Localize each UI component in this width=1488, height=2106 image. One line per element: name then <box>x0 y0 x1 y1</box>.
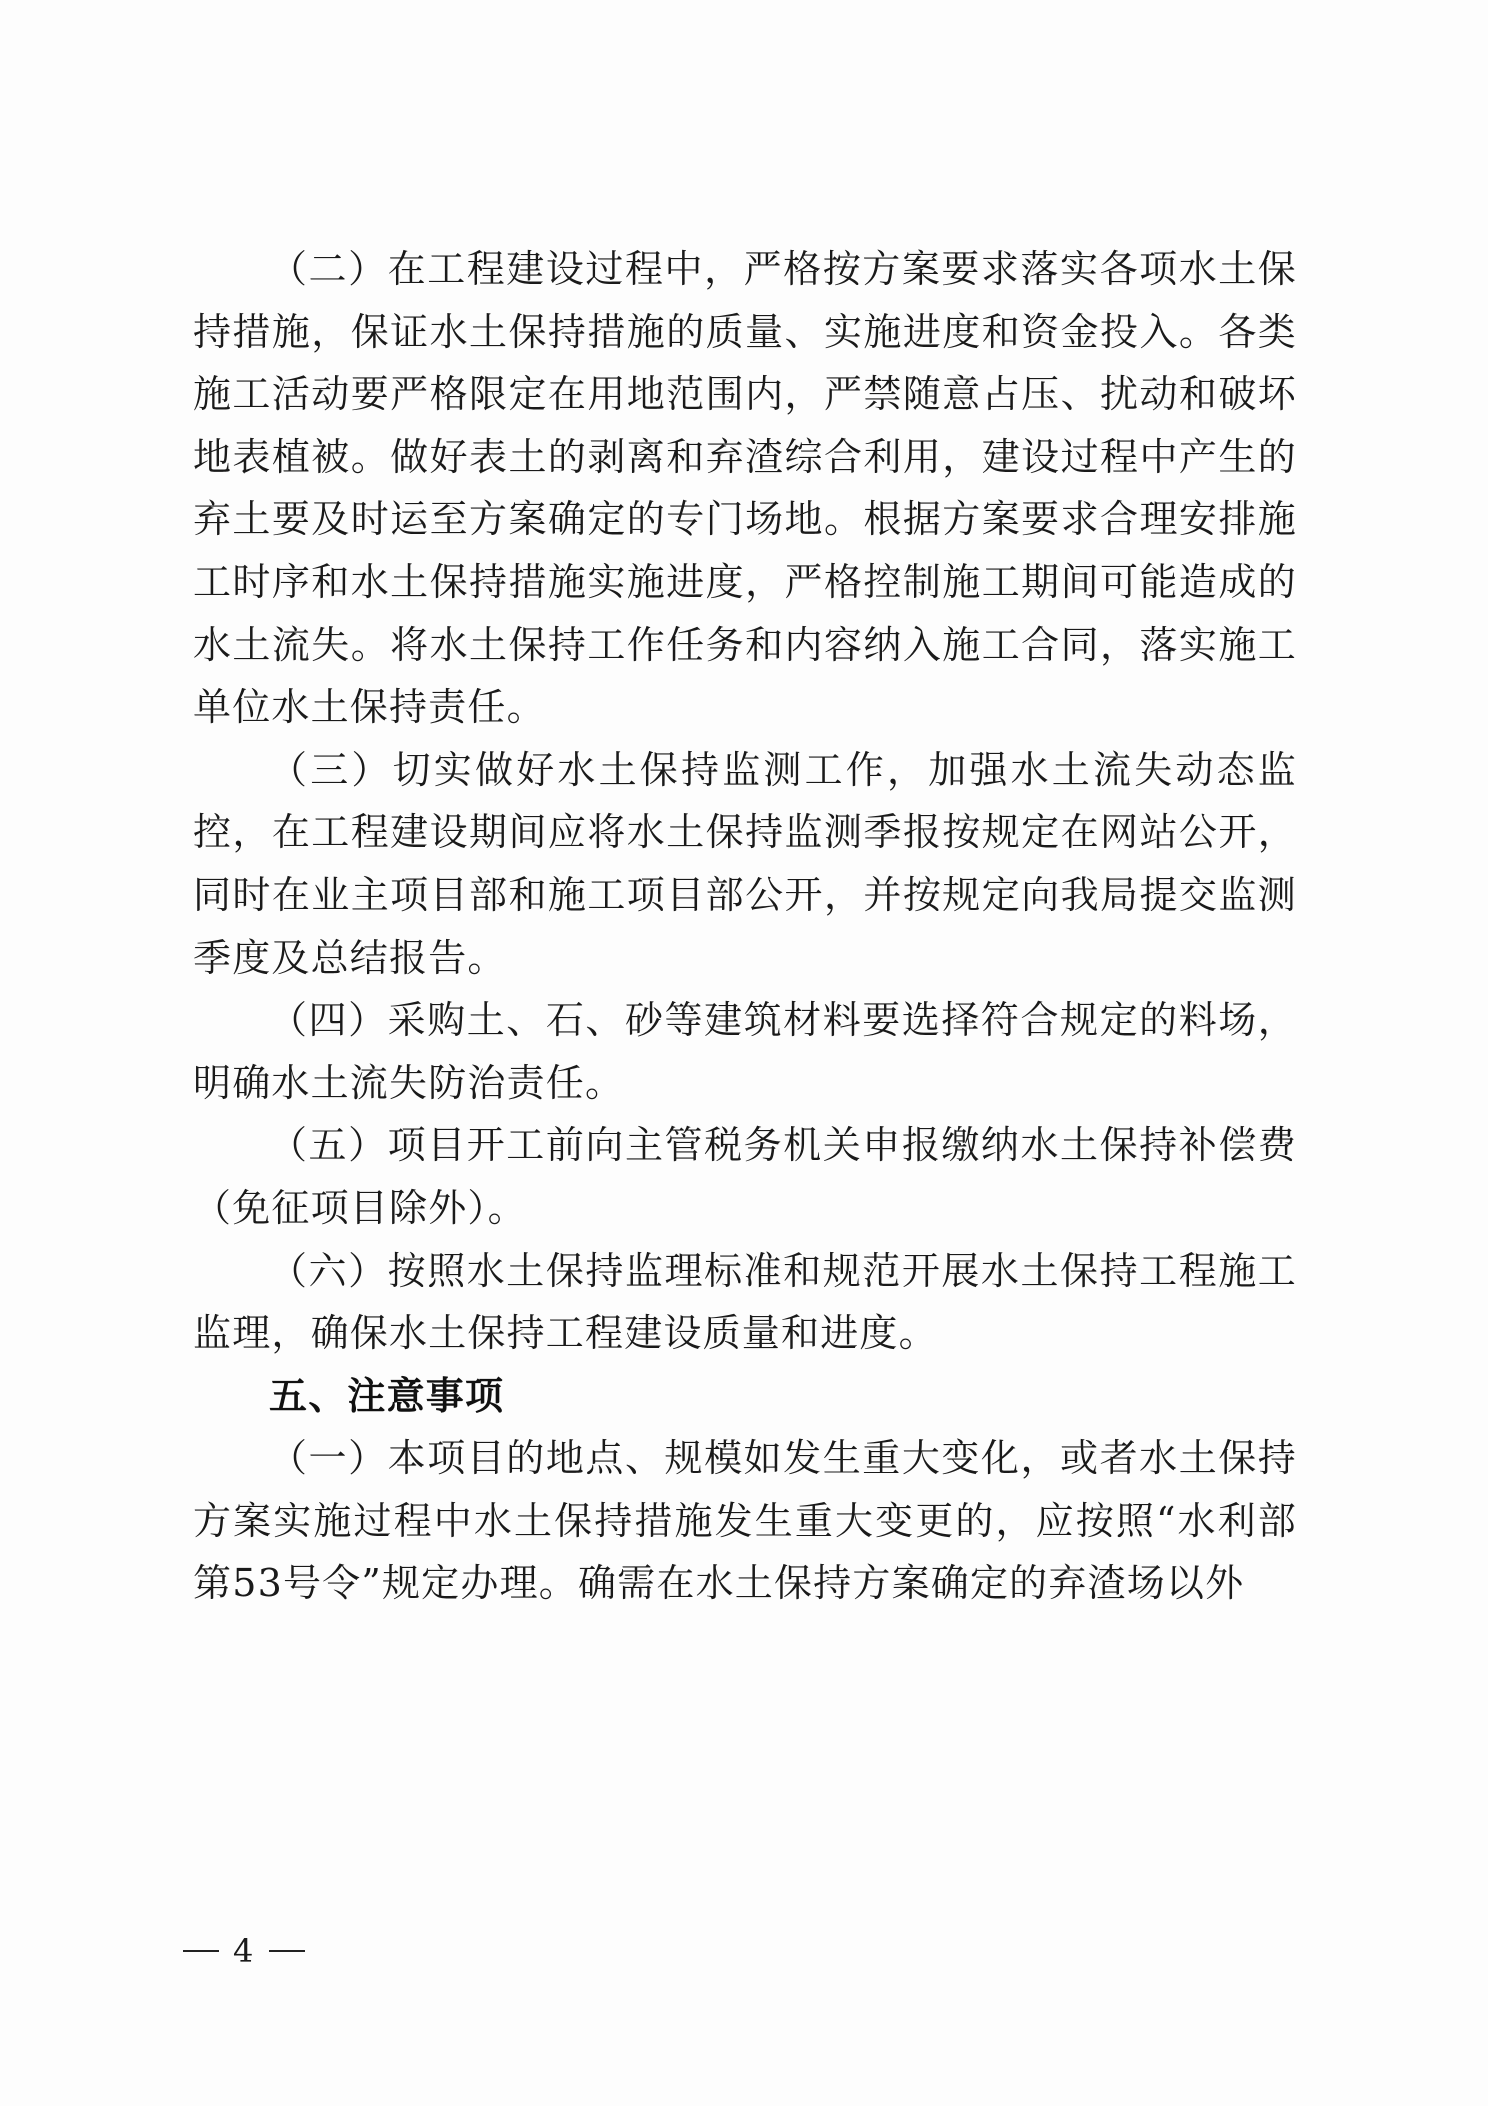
paragraph-major-changes: （一）本项目的地点、规模如发生重大变化，或者水土保持方案实施过程中水土保持措施发… <box>193 1427 1297 1615</box>
paragraph-supervision: （六）按照水土保持监理标准和规范开展水土保持工程施工监理，确保水土保持工程建设质… <box>193 1240 1297 1365</box>
section-heading-notes: 五、注意事项 <box>193 1365 1297 1428</box>
document-page: （二）在工程建设过程中，严格按方案要求落实各项水土保持措施，保证水土保持措施的质… <box>0 0 1488 2106</box>
page-number: 4 <box>183 1932 305 1970</box>
paragraph-compensation-fee: （五）项目开工前向主管税务机关申报缴纳水土保持补偿费（免征项目除外）。 <box>193 1114 1297 1239</box>
page-number-value: 4 <box>233 1932 255 1970</box>
paragraph-materials: （四）采购土、石、砂等建筑材料要选择符合规定的料场，明确水土流失防治责任。 <box>193 989 1297 1114</box>
dash-right <box>269 1950 305 1952</box>
paragraph-construction-measures: （二）在工程建设过程中，严格按方案要求落实各项水土保持措施，保证水土保持措施的质… <box>193 238 1297 739</box>
document-body: （二）在工程建设过程中，严格按方案要求落实各项水土保持措施，保证水土保持措施的质… <box>193 238 1297 1615</box>
paragraph-monitoring: （三）切实做好水土保持监测工作，加强水土流失动态监控，在工程建设期间应将水土保持… <box>193 739 1297 989</box>
dash-left <box>183 1950 219 1952</box>
